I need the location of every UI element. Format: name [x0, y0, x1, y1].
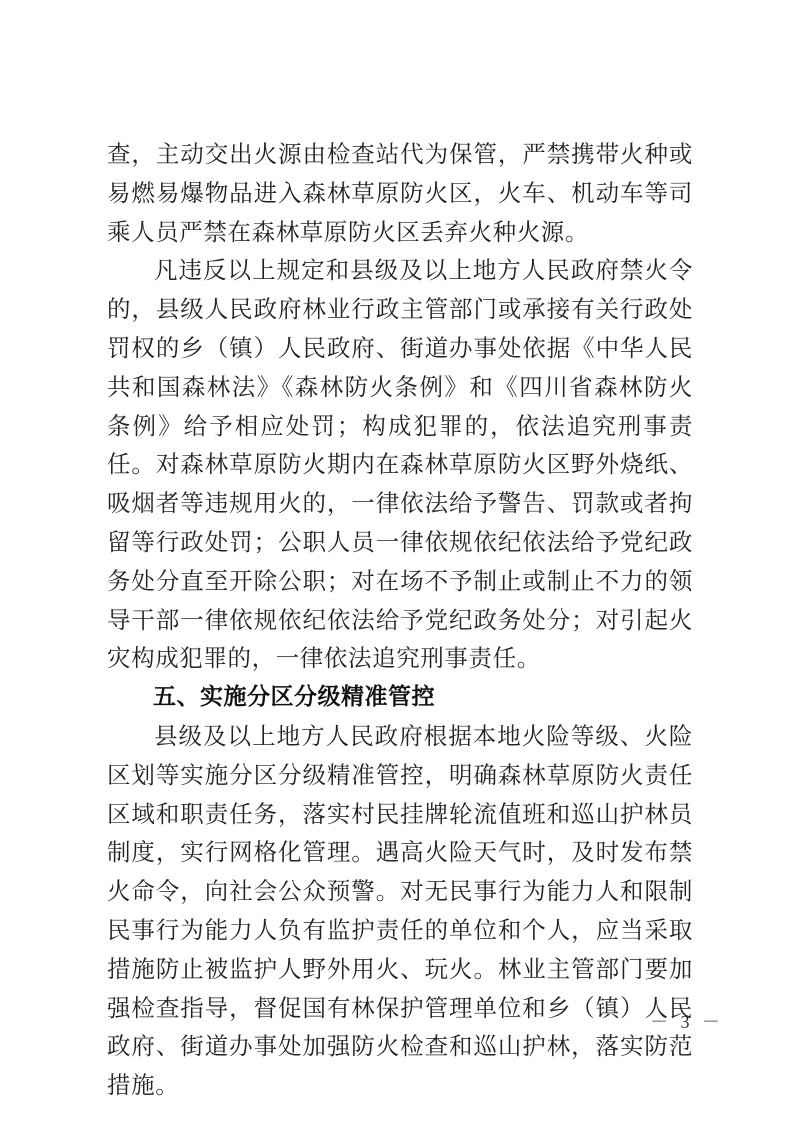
document-page: 查，主动交出火源由检查站代为保管，严禁携带火种或易燃易爆物品进入森林草原防火区，… — [0, 0, 793, 1122]
paragraph-penalties: 凡违反以上规定和县级及以上地方人民政府禁火令的，县级人民政府林业行政主管部门或承… — [107, 251, 693, 678]
paragraph-continuation: 查，主动交出火源由检查站代为保管，严禁携带火种或易燃易爆物品进入森林草原防火区，… — [107, 135, 693, 251]
paragraph-zoned-control: 县级及以上地方人民政府根据本地火险等级、火险区划等实施分区分级精准管控，明确森林… — [107, 717, 693, 1105]
page-number: － 3 － — [650, 1008, 724, 1034]
document-body: 查，主动交出火源由检查站代为保管，严禁携带火种或易燃易爆物品进入森林草原防火区，… — [107, 135, 693, 1105]
section-heading: 五、实施分区分级精准管控 — [107, 678, 693, 717]
